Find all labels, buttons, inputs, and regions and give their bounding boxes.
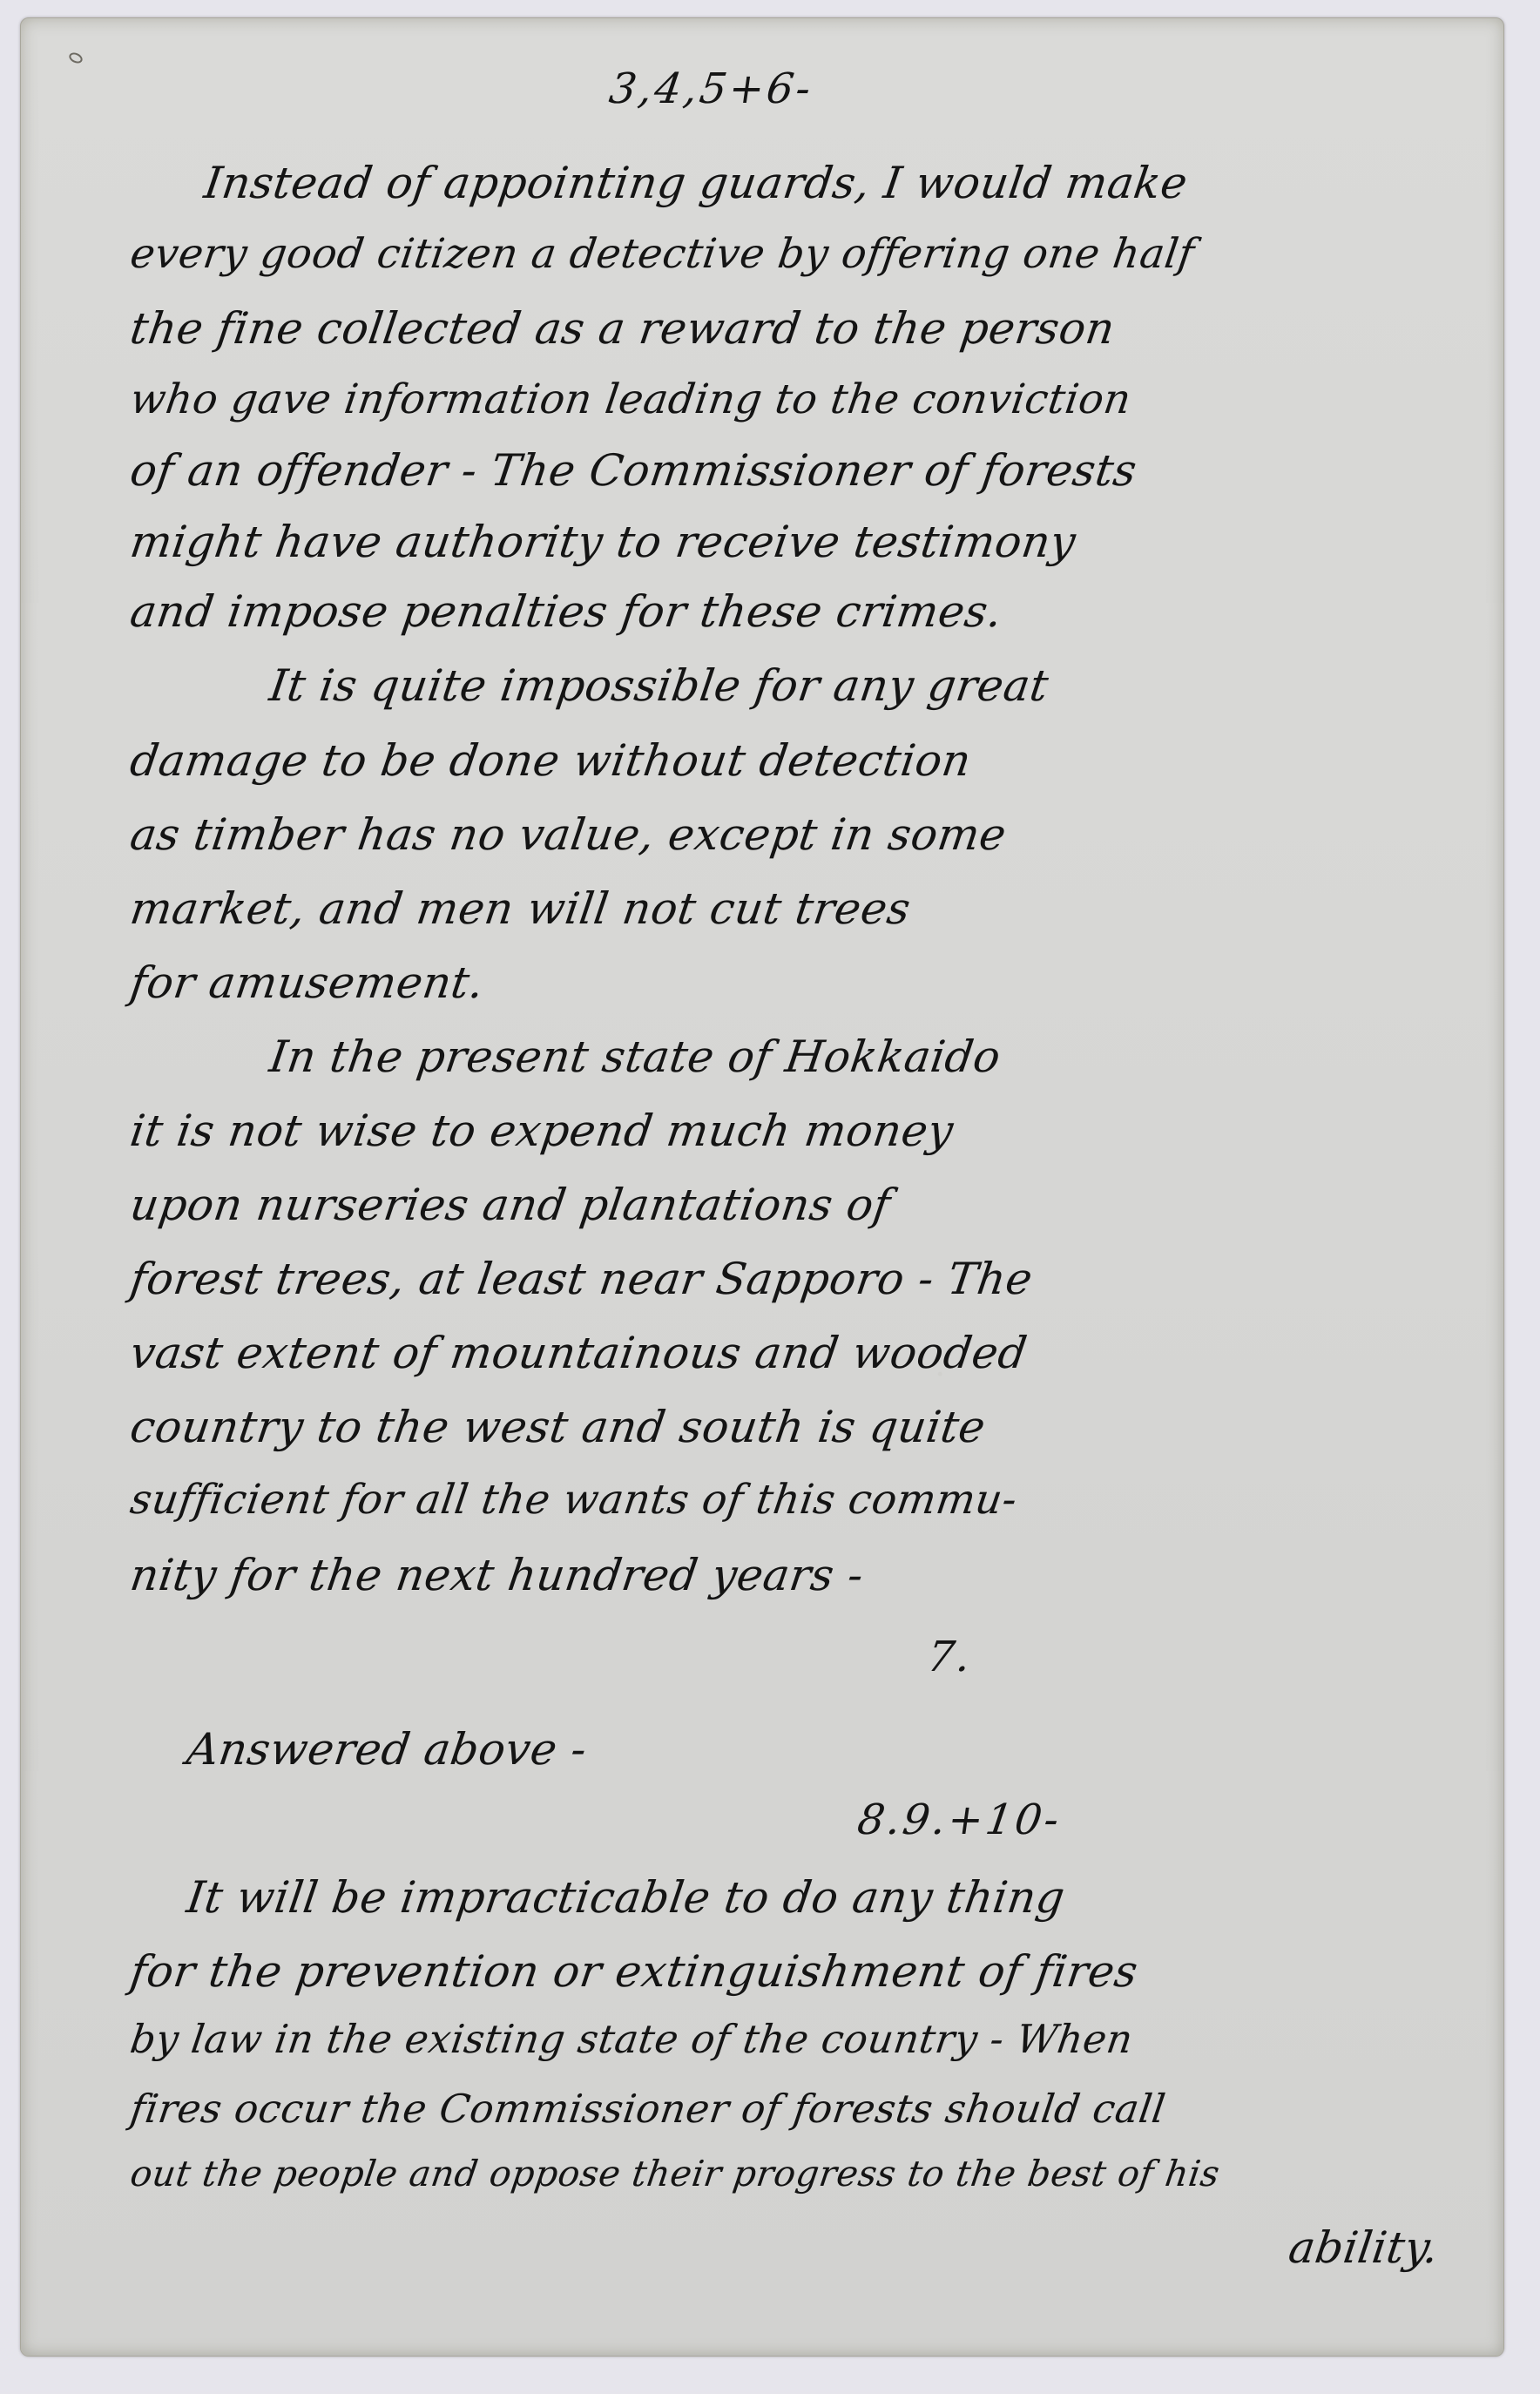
section-heading-7: 7.: [925, 1636, 976, 1678]
text-line: by law in the existing state of the coun…: [128, 2019, 1136, 2059]
text-line: market, and men will not cut trees: [127, 887, 913, 930]
text-line: country to the west and south is quite: [127, 1405, 988, 1449]
text-line: In the present state of Hokkaido: [267, 1035, 1003, 1079]
paper-blemish-icon: [67, 51, 84, 65]
text-line: sufficient for all the wants of this com…: [128, 1479, 1020, 1520]
text-line: nity for the next hundred years -: [127, 1553, 866, 1597]
text-line: damage to be done without detection: [127, 739, 973, 782]
text-line: for the prevention or extinguishment of …: [127, 1950, 1140, 1993]
section-heading-8-9-10: 8.9.+10-: [855, 1799, 1064, 1841]
text-line: every good citizen a detective by offeri…: [128, 233, 1197, 274]
text-line: Answered above -: [184, 1728, 589, 1771]
text-line: and impose penalties for these crimes.: [127, 590, 1004, 633]
text-line: It will be impracticable to do any thing: [184, 1876, 1067, 1919]
text-line: as timber has no value, except in some: [127, 813, 1009, 856]
text-line: fires occur the Commissioner of forests …: [128, 2089, 1168, 2128]
text-line: vast extent of mountainous and wooded: [127, 1331, 1030, 1375]
section-heading-3-4-5-6: 3,4,5+6-: [607, 68, 816, 110]
text-line: of an offender - The Commissioner of for…: [127, 449, 1139, 492]
text-line: ability.: [1286, 2226, 1441, 2269]
text-line: it is not wise to expend much money: [127, 1109, 956, 1153]
text-line: It is quite impossible for any great: [267, 664, 1050, 707]
text-line: might have authority to receive testimon…: [127, 520, 1078, 564]
text-line: upon nurseries and plantations of: [127, 1183, 893, 1227]
text-line: the fine collected as a reward to the pe…: [127, 307, 1118, 350]
text-line: forest trees, at least near Sapporo - Th…: [127, 1257, 1035, 1301]
text-line: who gave information leading to the conv…: [128, 379, 1134, 420]
text-line: for amusement.: [127, 961, 486, 1004]
text-line: out the people and oppose their progress…: [128, 2156, 1222, 2192]
text-line: Instead of appointing guards, I would ma…: [201, 161, 1190, 205]
